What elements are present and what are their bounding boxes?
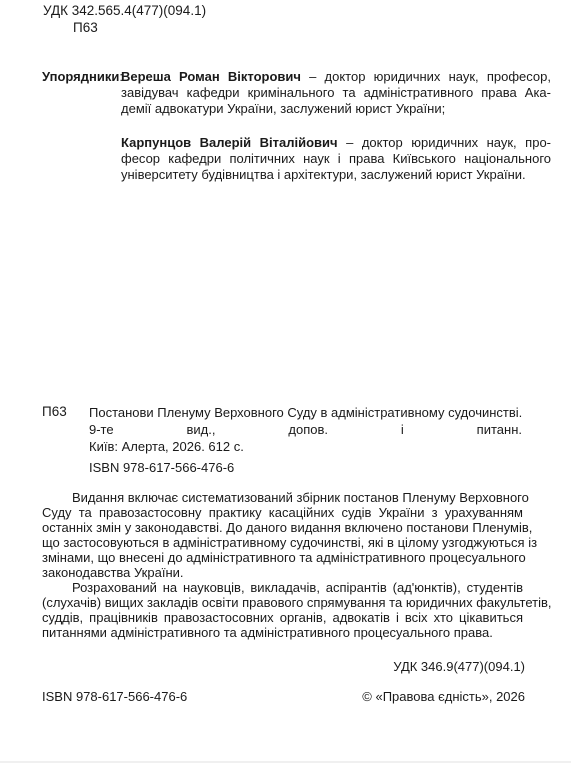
compiler-line: демії адвокатури України, заслужений юри… (121, 101, 551, 117)
compiler-entry: Карпунцов Валерій Віталійович – доктор ю… (121, 135, 551, 183)
annotation-line: Розрахований на науковців, викладачів, а… (42, 580, 523, 595)
footer-isbn: ISBN 978-617-566-476-6 (42, 689, 187, 704)
annotation: Видання включає систематизований збірник… (42, 490, 523, 640)
compiler-name: Вереша Роман Вікторович (121, 69, 301, 84)
udk-code: УДК 342.565.4(477)(094.1) (43, 3, 206, 18)
annotation-line: Видання включає систематизований збірник… (42, 490, 523, 505)
compiler-credentials: – доктор юридичних наук, про- (338, 135, 551, 150)
annotation-line: суддів, працівників правозастосовних орг… (42, 610, 523, 625)
annotation-line: Суду та правозастосовну практику касацій… (42, 505, 523, 520)
bibliographic-index: П63 (42, 404, 67, 419)
bibliographic-line: Постанови Пленуму Верховного Суду в адмі… (89, 404, 522, 421)
bibliographic-isbn: ISBN 978-617-566-476-6 (89, 460, 234, 475)
compiler-name: Карпунцов Валерій Віталійович (121, 135, 338, 150)
annotation-line: питаннями адміністративного та адміністр… (42, 625, 523, 640)
compiler-line: Карпунцов Валерій Віталійович – доктор ю… (121, 135, 551, 151)
annotation-line: (слухачів) вищих закладів освіти правово… (42, 595, 523, 610)
annotation-line: змінами, що внесені до адміністративного… (42, 550, 523, 565)
bibliographic-record: Постанови Пленуму Верховного Суду в адмі… (89, 404, 522, 455)
annotation-line: законодавства України. (42, 565, 523, 580)
footer-udk-code: УДК 346.9(477)(094.1) (393, 659, 525, 674)
copyright-notice: © «Правова єдність», 2026 (362, 689, 525, 704)
compiler-line: університету будівництва і архітектури, … (121, 167, 551, 183)
compiler-line: завідувач кафедри кримінального та адмін… (121, 85, 551, 101)
compiler-credentials: – доктор юридичних наук, професор, (301, 69, 551, 84)
compiler-entry: Вереша Роман Вікторович – доктор юридичн… (121, 69, 551, 117)
author-index: П63 (73, 20, 98, 35)
compilers-label: Упорядники: (42, 69, 123, 84)
annotation-line: що застосовуються в адміністративному су… (42, 535, 523, 550)
annotation-line: останніх змін у законодавстві. До даного… (42, 520, 523, 535)
compiler-line: фесор кафедри політичних наук і права Ки… (121, 151, 551, 167)
compilers-label-text: Упорядники (42, 69, 119, 84)
bibliographic-line: Київ: Алерта, 2026. 612 с. (89, 438, 522, 455)
bibliographic-line: 9-те вид., допов. і питанн. (89, 421, 522, 438)
compiler-line: Вереша Роман Вікторович – доктор юридичн… (121, 69, 551, 85)
